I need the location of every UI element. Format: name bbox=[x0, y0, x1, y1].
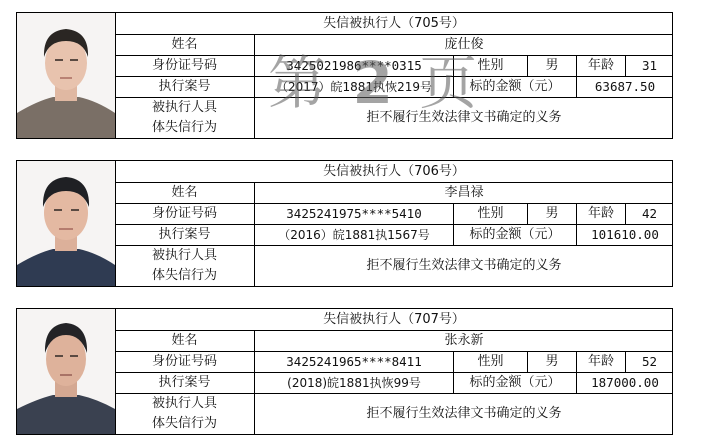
label-case-number: 执行案号 bbox=[115, 372, 254, 393]
value-name: 庞仕俊 bbox=[254, 34, 673, 55]
value-name: 张永新 bbox=[254, 330, 673, 351]
value-age: 42 bbox=[625, 203, 673, 224]
value-age: 52 bbox=[625, 351, 673, 372]
value-age: 31 bbox=[625, 55, 673, 76]
label-behavior: 被执行人具 体失信行为 bbox=[115, 393, 254, 434]
label-gender: 性别 bbox=[453, 351, 527, 372]
label-behavior-line2: 体失信行为 bbox=[152, 118, 217, 138]
label-name: 姓名 bbox=[115, 34, 254, 55]
value-gender: 男 bbox=[527, 55, 576, 76]
value-id-number: 3425241965****8411 bbox=[254, 351, 453, 372]
label-behavior-line2: 体失信行为 bbox=[152, 266, 217, 286]
portrait-icon bbox=[17, 309, 115, 434]
portrait-icon bbox=[17, 161, 115, 286]
label-id-number: 身份证号码 bbox=[115, 203, 254, 224]
label-name: 姓名 bbox=[115, 182, 254, 203]
value-name: 李昌禄 bbox=[254, 182, 673, 203]
record-705: 失信被执行人（705号） 姓名 庞仕俊 身份证号码 3425021986****… bbox=[16, 12, 673, 139]
value-id-number: 3425021986****0315 bbox=[254, 55, 453, 76]
portrait-icon bbox=[17, 13, 115, 138]
value-gender: 男 bbox=[527, 351, 576, 372]
label-case-number: 执行案号 bbox=[115, 224, 254, 245]
value-id-number: 3425241975****5410 bbox=[254, 203, 453, 224]
label-id-number: 身份证号码 bbox=[115, 55, 254, 76]
value-gender: 男 bbox=[527, 203, 576, 224]
record-706: 失信被执行人（706号） 姓名 李昌禄 身份证号码 3425241975****… bbox=[16, 160, 673, 287]
label-behavior: 被执行人具 体失信行为 bbox=[115, 245, 254, 286]
value-amount: 187000.00 bbox=[576, 372, 673, 393]
label-behavior-line2: 体失信行为 bbox=[152, 414, 217, 434]
label-behavior-line1: 被执行人具 bbox=[152, 394, 217, 414]
person-photo bbox=[17, 309, 116, 434]
record-title: 失信被执行人（705号） bbox=[115, 13, 673, 34]
person-photo bbox=[17, 161, 116, 286]
label-amount: 标的金额（元） bbox=[453, 372, 576, 393]
label-age: 年龄 bbox=[576, 203, 625, 224]
value-behavior: 拒不履行生效法律文书确定的义务 bbox=[254, 393, 673, 434]
value-case-number: （2016）皖1881执1567号 bbox=[254, 224, 453, 245]
label-amount: 标的金额（元） bbox=[453, 76, 576, 97]
value-amount: 63687.50 bbox=[576, 76, 673, 97]
record-title: 失信被执行人（707号） bbox=[115, 309, 673, 330]
record-title: 失信被执行人（706号） bbox=[115, 161, 673, 182]
value-case-number: （2017）皖1881执恢219号 bbox=[254, 76, 453, 97]
label-amount: 标的金额（元） bbox=[453, 224, 576, 245]
label-case-number: 执行案号 bbox=[115, 76, 254, 97]
record-707: 失信被执行人（707号） 姓名 张永新 身份证号码 3425241965****… bbox=[16, 308, 673, 435]
label-behavior: 被执行人具 体失信行为 bbox=[115, 97, 254, 138]
label-age: 年龄 bbox=[576, 55, 625, 76]
value-amount: 101610.00 bbox=[576, 224, 673, 245]
value-behavior: 拒不履行生效法律文书确定的义务 bbox=[254, 97, 673, 138]
value-behavior: 拒不履行生效法律文书确定的义务 bbox=[254, 245, 673, 286]
person-photo bbox=[17, 13, 116, 138]
label-behavior-line1: 被执行人具 bbox=[152, 98, 217, 118]
label-gender: 性别 bbox=[453, 203, 527, 224]
value-case-number: (2018)皖1881执恢99号 bbox=[254, 372, 453, 393]
label-id-number: 身份证号码 bbox=[115, 351, 254, 372]
label-name: 姓名 bbox=[115, 330, 254, 351]
label-gender: 性别 bbox=[453, 55, 527, 76]
label-behavior-line1: 被执行人具 bbox=[152, 246, 217, 266]
label-age: 年龄 bbox=[576, 351, 625, 372]
